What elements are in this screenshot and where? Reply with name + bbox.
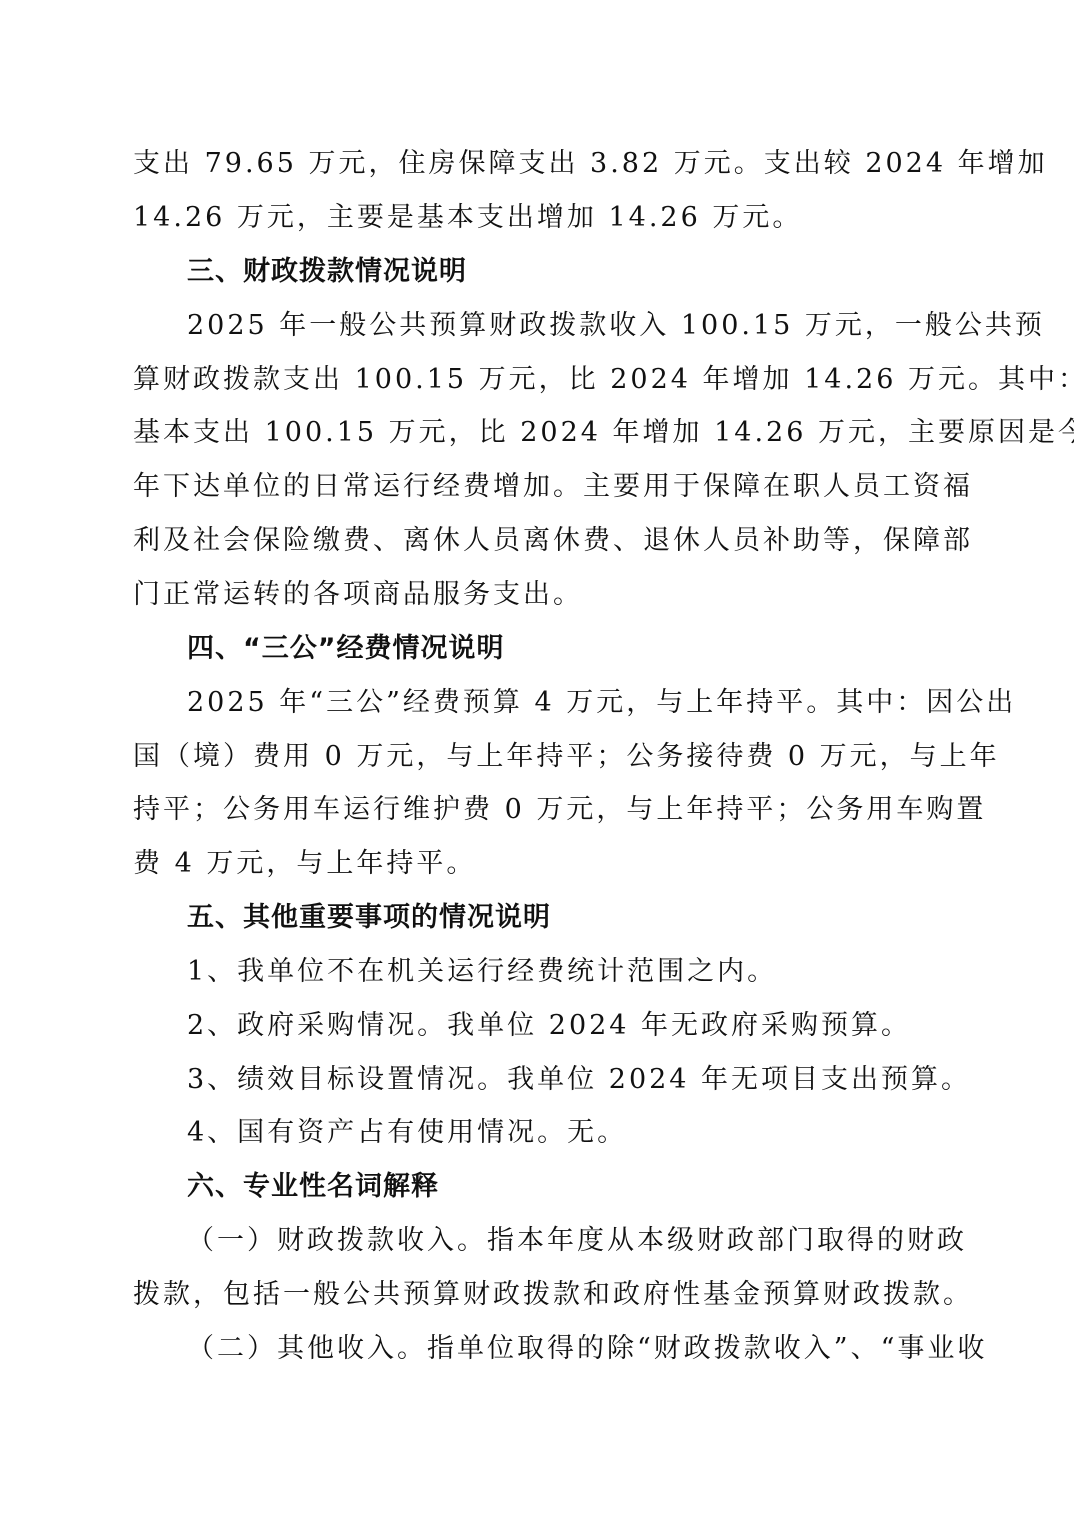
paragraph-line: 1、我单位不在机关运行经费统计范围之内。	[187, 955, 943, 989]
paragraph-line: 14.26 万元，主要是基本支出增加 14.26 万元。	[133, 201, 943, 235]
paragraph-line: 3、绩效目标设置情况。我单位 2024 年无项目支出预算。	[187, 1063, 943, 1097]
paragraph-line: 基本支出 100.15 万元，比 2024 年增加 14.26 万元，主要原因是…	[133, 416, 943, 450]
paragraph-line: （二）其他收入。指单位取得的除“财政拨款收入”、“事业收	[187, 1332, 943, 1366]
paragraph-line: 持平；公务用车运行维护费 0 万元，与上年持平；公务用车购置	[133, 793, 943, 827]
paragraph-line: 算财政拨款支出 100.15 万元，比 2024 年增加 14.26 万元。其中…	[133, 363, 943, 397]
paragraph-line: 2、政府采购情况。我单位 2024 年无政府采购预算。	[187, 1009, 943, 1043]
section-heading: 五、其他重要事项的情况说明	[187, 901, 943, 935]
paragraph-line: 2025 年“三公”经费预算 4 万元，与上年持平。其中：因公出	[187, 686, 943, 720]
paragraph-line: （一）财政拨款收入。指本年度从本级财政部门取得的财政	[187, 1224, 943, 1258]
document-page: 支出 79.65 万元，住房保障支出 3.82 万元。支出较 2024 年增加1…	[0, 0, 1074, 1520]
paragraph-line: 门正常运转的各项商品服务支出。	[133, 578, 943, 612]
paragraph-line: 国（境）费用 0 万元，与上年持平；公务接待费 0 万元，与上年	[133, 740, 943, 774]
paragraph-line: 利及社会保险缴费、离休人员离休费、退休人员补助等，保障部	[133, 524, 943, 558]
paragraph-line: 年下达单位的日常运行经费增加。主要用于保障在职人员工资福	[133, 470, 943, 504]
section-heading: 三、财政拨款情况说明	[187, 255, 943, 289]
section-heading: 四、“三公”经费情况说明	[187, 632, 943, 666]
paragraph-line: 拨款，包括一般公共预算财政拨款和政府性基金预算财政拨款。	[133, 1278, 943, 1312]
paragraph-line: 费 4 万元，与上年持平。	[133, 847, 943, 881]
paragraph-line: 2025 年一般公共预算财政拨款收入 100.15 万元，一般公共预	[187, 309, 943, 343]
paragraph-line: 4、国有资产占有使用情况。无。	[187, 1116, 943, 1150]
paragraph-line: 支出 79.65 万元，住房保障支出 3.82 万元。支出较 2024 年增加	[133, 147, 943, 181]
section-heading: 六、专业性名词解释	[187, 1170, 943, 1204]
